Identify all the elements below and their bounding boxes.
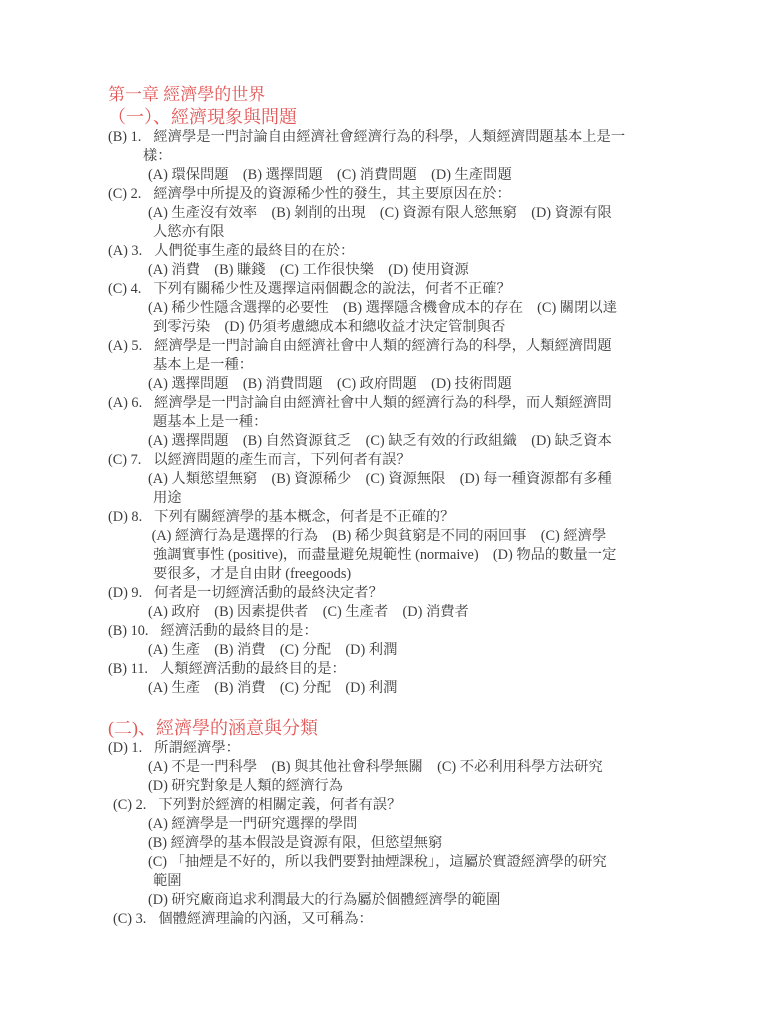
question-line: (C) 2.下列對於經濟的相關定義，何者有誤？	[108, 796, 748, 815]
option-line: (A) 生產沒有效率 (B) 剝削的出現 (C) 資源有限人慾無窮 (D) 資源…	[108, 204, 748, 223]
question-text: 經濟學是一門討論自由經濟社會中人類的經濟行為的科學，而人類經濟問	[154, 395, 612, 411]
answer-label: (B) 11.	[108, 661, 148, 677]
question-line: (C) 7.以經濟問題的產生而言，下列何者有誤？	[108, 451, 748, 470]
question-text: 個體經濟理論的內涵，又可稱為：	[158, 911, 372, 927]
section-2-heading: (二)、經濟學的涵意與分類	[108, 717, 748, 739]
answer-label: (C) 2.	[108, 797, 146, 813]
option-line: (B) 經濟學的基本假設是資源有限，但慾望無窮	[108, 834, 748, 853]
option-line: (A) 消費 (B) 賺錢 (C) 工作很快樂 (D) 使用資源	[108, 261, 748, 280]
option-line: (A) 不是一門科學 (B) 與其他社會科學無關 (C) 不必利用科學方法研究	[108, 758, 748, 777]
question-line: (C) 4.下列有關稀少性及選擇這兩個觀念的說法，何者不正確？	[108, 280, 748, 299]
question-text: 人們從事生產的最終目的在於：	[154, 243, 354, 259]
option-line: (D) 研究廠商追求利潤最大的行為屬於個體經濟學的範圍	[108, 891, 748, 910]
question-line: (C) 2.經濟學中所提及的資源稀少性的發生，其主要原因在於：	[108, 185, 748, 204]
question-text: 經濟學是一門討論自由經濟社會中人類的經濟行為的科學，人類經濟問題	[154, 338, 612, 354]
answer-label: (A) 3.	[108, 243, 142, 259]
question-line: (A) 6.經濟學是一門討論自由經濟社會中人類的經濟行為的科學，而人類經濟問	[108, 394, 748, 413]
answer-label: (C) 2.	[108, 186, 141, 202]
question-text: 經濟學是一門討論自由經濟社會經濟行為的科學，人類經濟問題基本上是一	[153, 129, 625, 145]
answer-label: (A) 6.	[108, 395, 142, 411]
question-line: (C) 3.個體經濟理論的內涵，又可稱為：	[108, 910, 748, 929]
continuation-line: 用途	[108, 489, 748, 508]
answer-label: (C) 3.	[108, 911, 146, 927]
answer-label: (D) 8.	[108, 509, 142, 525]
option-line: (A) 生產 (B) 消費 (C) 分配 (D) 利潤	[108, 641, 748, 660]
continuation-line: 範圍	[108, 872, 748, 891]
question-line: (D) 9.何者是一切經濟活動的最終決定者？	[108, 584, 748, 603]
option-line: (A) 生產 (B) 消費 (C) 分配 (D) 利潤	[108, 679, 748, 698]
question-text: 下列有關經濟學的基本概念，何者是不正確的？	[154, 509, 454, 525]
question-text: 以經濟問題的產生而言，下列何者有誤？	[153, 452, 410, 468]
chapter-title: 第一章 經濟學的世界	[108, 84, 748, 106]
answer-label: (C) 7.	[108, 452, 141, 468]
continuation-line: 人慾亦有限	[108, 223, 748, 242]
continuation-line: 要很多，才是自由財 (freegoods)	[108, 565, 748, 584]
question-line: (B) 1.經濟學是一門討論自由經濟社會經濟行為的科學，人類經濟問題基本上是一	[108, 128, 748, 147]
option-line: (A) 稀少性隱含選擇的必要性 (B) 選擇隱含機會成本的存在 (C) 關閉以達	[108, 299, 748, 318]
question-line: (B) 10.經濟活動的最終目的是：	[108, 622, 748, 641]
continuation-line: 基本上是一種：	[108, 356, 748, 375]
answer-label: (A) 5.	[108, 338, 142, 354]
question-text: 人類經濟活動的最終目的是：	[160, 661, 346, 677]
answer-label: (D) 9.	[108, 585, 142, 601]
question-text: 下列對於經濟的相關定義，何者有誤？	[158, 797, 401, 813]
question-text: 所謂經濟學：	[154, 740, 240, 756]
question-text: 何者是一切經濟活動的最終決定者？	[154, 585, 383, 601]
option-line: (A) 環保問題 (B) 選擇問題 (C) 消費問題 (D) 生產問題	[108, 166, 748, 185]
question-line: (A) 3.人們從事生產的最終目的在於：	[108, 242, 748, 261]
continuation-line: 到零污染 (D) 仍須考慮總成本和總收益才決定管制與否	[108, 318, 748, 337]
document-page: 第一章 經濟學的世界 （一）、經濟現象與問題 (B) 1.經濟學是一門討論自由經…	[0, 0, 768, 1024]
question-line: (D) 1.所謂經濟學：	[108, 739, 748, 758]
question-text: 經濟學中所提及的資源稀少性的發生，其主要原因在於：	[153, 186, 510, 202]
continuation-line: 題基本上是一種：	[108, 413, 748, 432]
option-line: (C) 「抽煙是不好的，所以我們要對抽煙課稅」，這屬於實證經濟學的研究	[108, 853, 748, 872]
option-line: (A) 選擇問題 (B) 消費問題 (C) 政府問題 (D) 技術問題	[108, 375, 748, 394]
question-text: 下列有關稀少性及選擇這兩個觀念的說法，何者不正確？	[153, 281, 510, 297]
question-line: (D) 8.下列有關經濟學的基本概念，何者是不正確的？	[108, 508, 748, 527]
section-1-heading: （一）、經濟現象與問題	[108, 106, 748, 128]
document-content: 第一章 經濟學的世界 （一）、經濟現象與問題 (B) 1.經濟學是一門討論自由經…	[108, 84, 748, 929]
answer-label: (B) 1.	[108, 129, 141, 145]
question-line: (B) 11.人類經濟活動的最終目的是：	[108, 660, 748, 679]
option-line: (A) 經濟行為是選擇的行為 (B) 稀少與貧窮是不同的兩回事 (C) 經濟學	[108, 527, 748, 546]
option-line: (D) 研究對象是人類的經濟行為	[108, 777, 748, 796]
option-line: (A) 人類慾望無窮 (B) 資源稀少 (C) 資源無限 (D) 每一種資源都有…	[108, 470, 748, 489]
answer-label: (D) 1.	[108, 740, 142, 756]
answer-label: (B) 10.	[108, 623, 149, 639]
continuation-line: 樣：	[108, 147, 748, 166]
continuation-line: 強調實事性 (positive)，而盡量避免規範性 (normaive) (D)…	[108, 546, 748, 565]
answer-label: (C) 4.	[108, 281, 141, 297]
question-text: 經濟活動的最終目的是：	[161, 623, 318, 639]
option-line: (A) 政府 (B) 因素提供者 (C) 生產者 (D) 消費者	[108, 603, 748, 622]
question-line: (A) 5.經濟學是一門討論自由經濟社會中人類的經濟行為的科學，人類經濟問題	[108, 337, 748, 356]
option-line: (A) 經濟學是一門研究選擇的學問	[108, 815, 748, 834]
option-line: (A) 選擇問題 (B) 自然資源貧乏 (C) 缺乏有效的行政組織 (D) 缺乏…	[108, 432, 748, 451]
